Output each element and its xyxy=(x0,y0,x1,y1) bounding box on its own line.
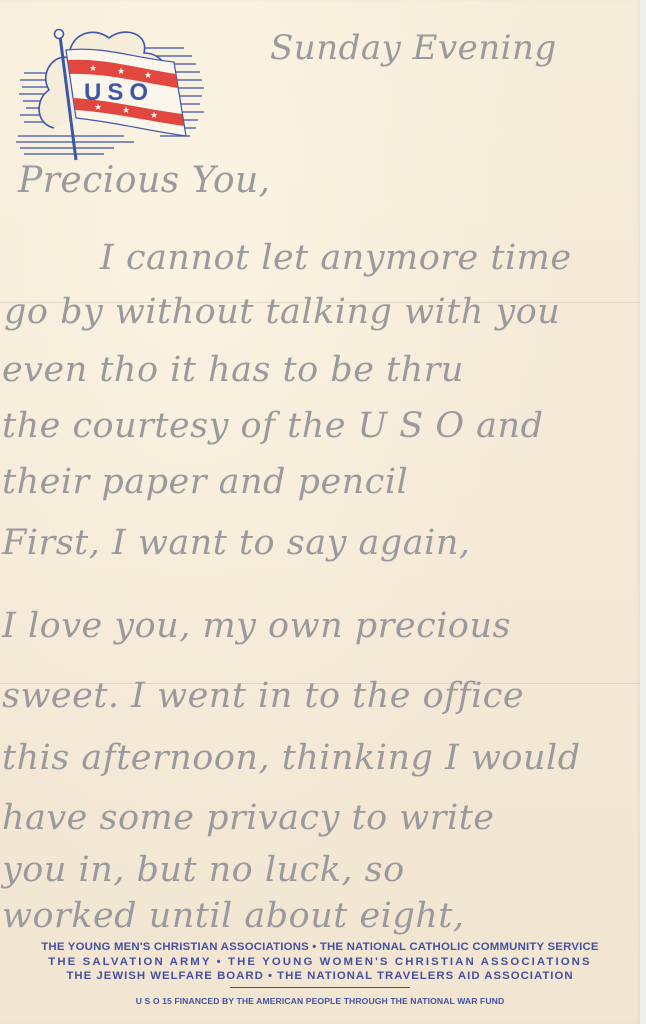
svg-text:USO: USO xyxy=(84,79,154,106)
letterhead-footer: THE YOUNG MEN'S CHRISTIAN ASSOCIATIONS •… xyxy=(0,940,640,1006)
svg-text:★: ★ xyxy=(150,111,158,121)
svg-text:★: ★ xyxy=(89,64,97,74)
sponsor-organizations: THE YOUNG MEN'S CHRISTIAN ASSOCIATIONS •… xyxy=(0,940,640,984)
letter-dateline: Sunday Evening xyxy=(270,28,557,68)
letter-line: First, I want to say again, xyxy=(2,523,470,563)
letter-line: their paper and pencil xyxy=(2,462,408,502)
letter-line: I cannot let anymore time xyxy=(100,238,572,278)
letter-line: I love you, my own precious xyxy=(2,606,511,646)
scan-edge xyxy=(640,0,646,1024)
organizations-row: THE YOUNG MEN'S CHRISTIAN ASSOCIATIONS •… xyxy=(0,940,640,955)
letter-line: have some privacy to write xyxy=(2,798,494,838)
letter-line: worked until about eight, xyxy=(2,896,465,936)
organizations-row: THE JEWISH WELFARE BOARD • THE NATIONAL … xyxy=(0,969,640,984)
organizations-row: THE SALVATION ARMY • THE YOUNG WOMEN'S C… xyxy=(0,955,640,970)
svg-text:★: ★ xyxy=(117,67,125,77)
letter-line: you in, but no luck, so xyxy=(2,850,405,890)
letter-line: sweet. I went in to the office xyxy=(2,676,524,716)
funding-note: U S O 15 FINANCED BY THE AMERICAN PEOPLE… xyxy=(0,996,640,1006)
letter-line: this afternoon, thinking I would xyxy=(2,738,581,778)
letter-page: ★ ★ ★ ★ ★ ★ USO Sunday Evening Precious … xyxy=(0,0,640,1024)
uso-flag-icon: ★ ★ ★ ★ ★ ★ USO xyxy=(14,18,210,164)
letter-line: go by without talking with you xyxy=(4,292,560,332)
letter-line: the courtesy of the U S O and xyxy=(2,406,543,446)
letter-salutation: Precious You, xyxy=(18,160,271,201)
footer-divider xyxy=(230,987,410,988)
letter-line: even tho it has to be thru xyxy=(2,350,464,390)
svg-text:★: ★ xyxy=(122,106,130,116)
